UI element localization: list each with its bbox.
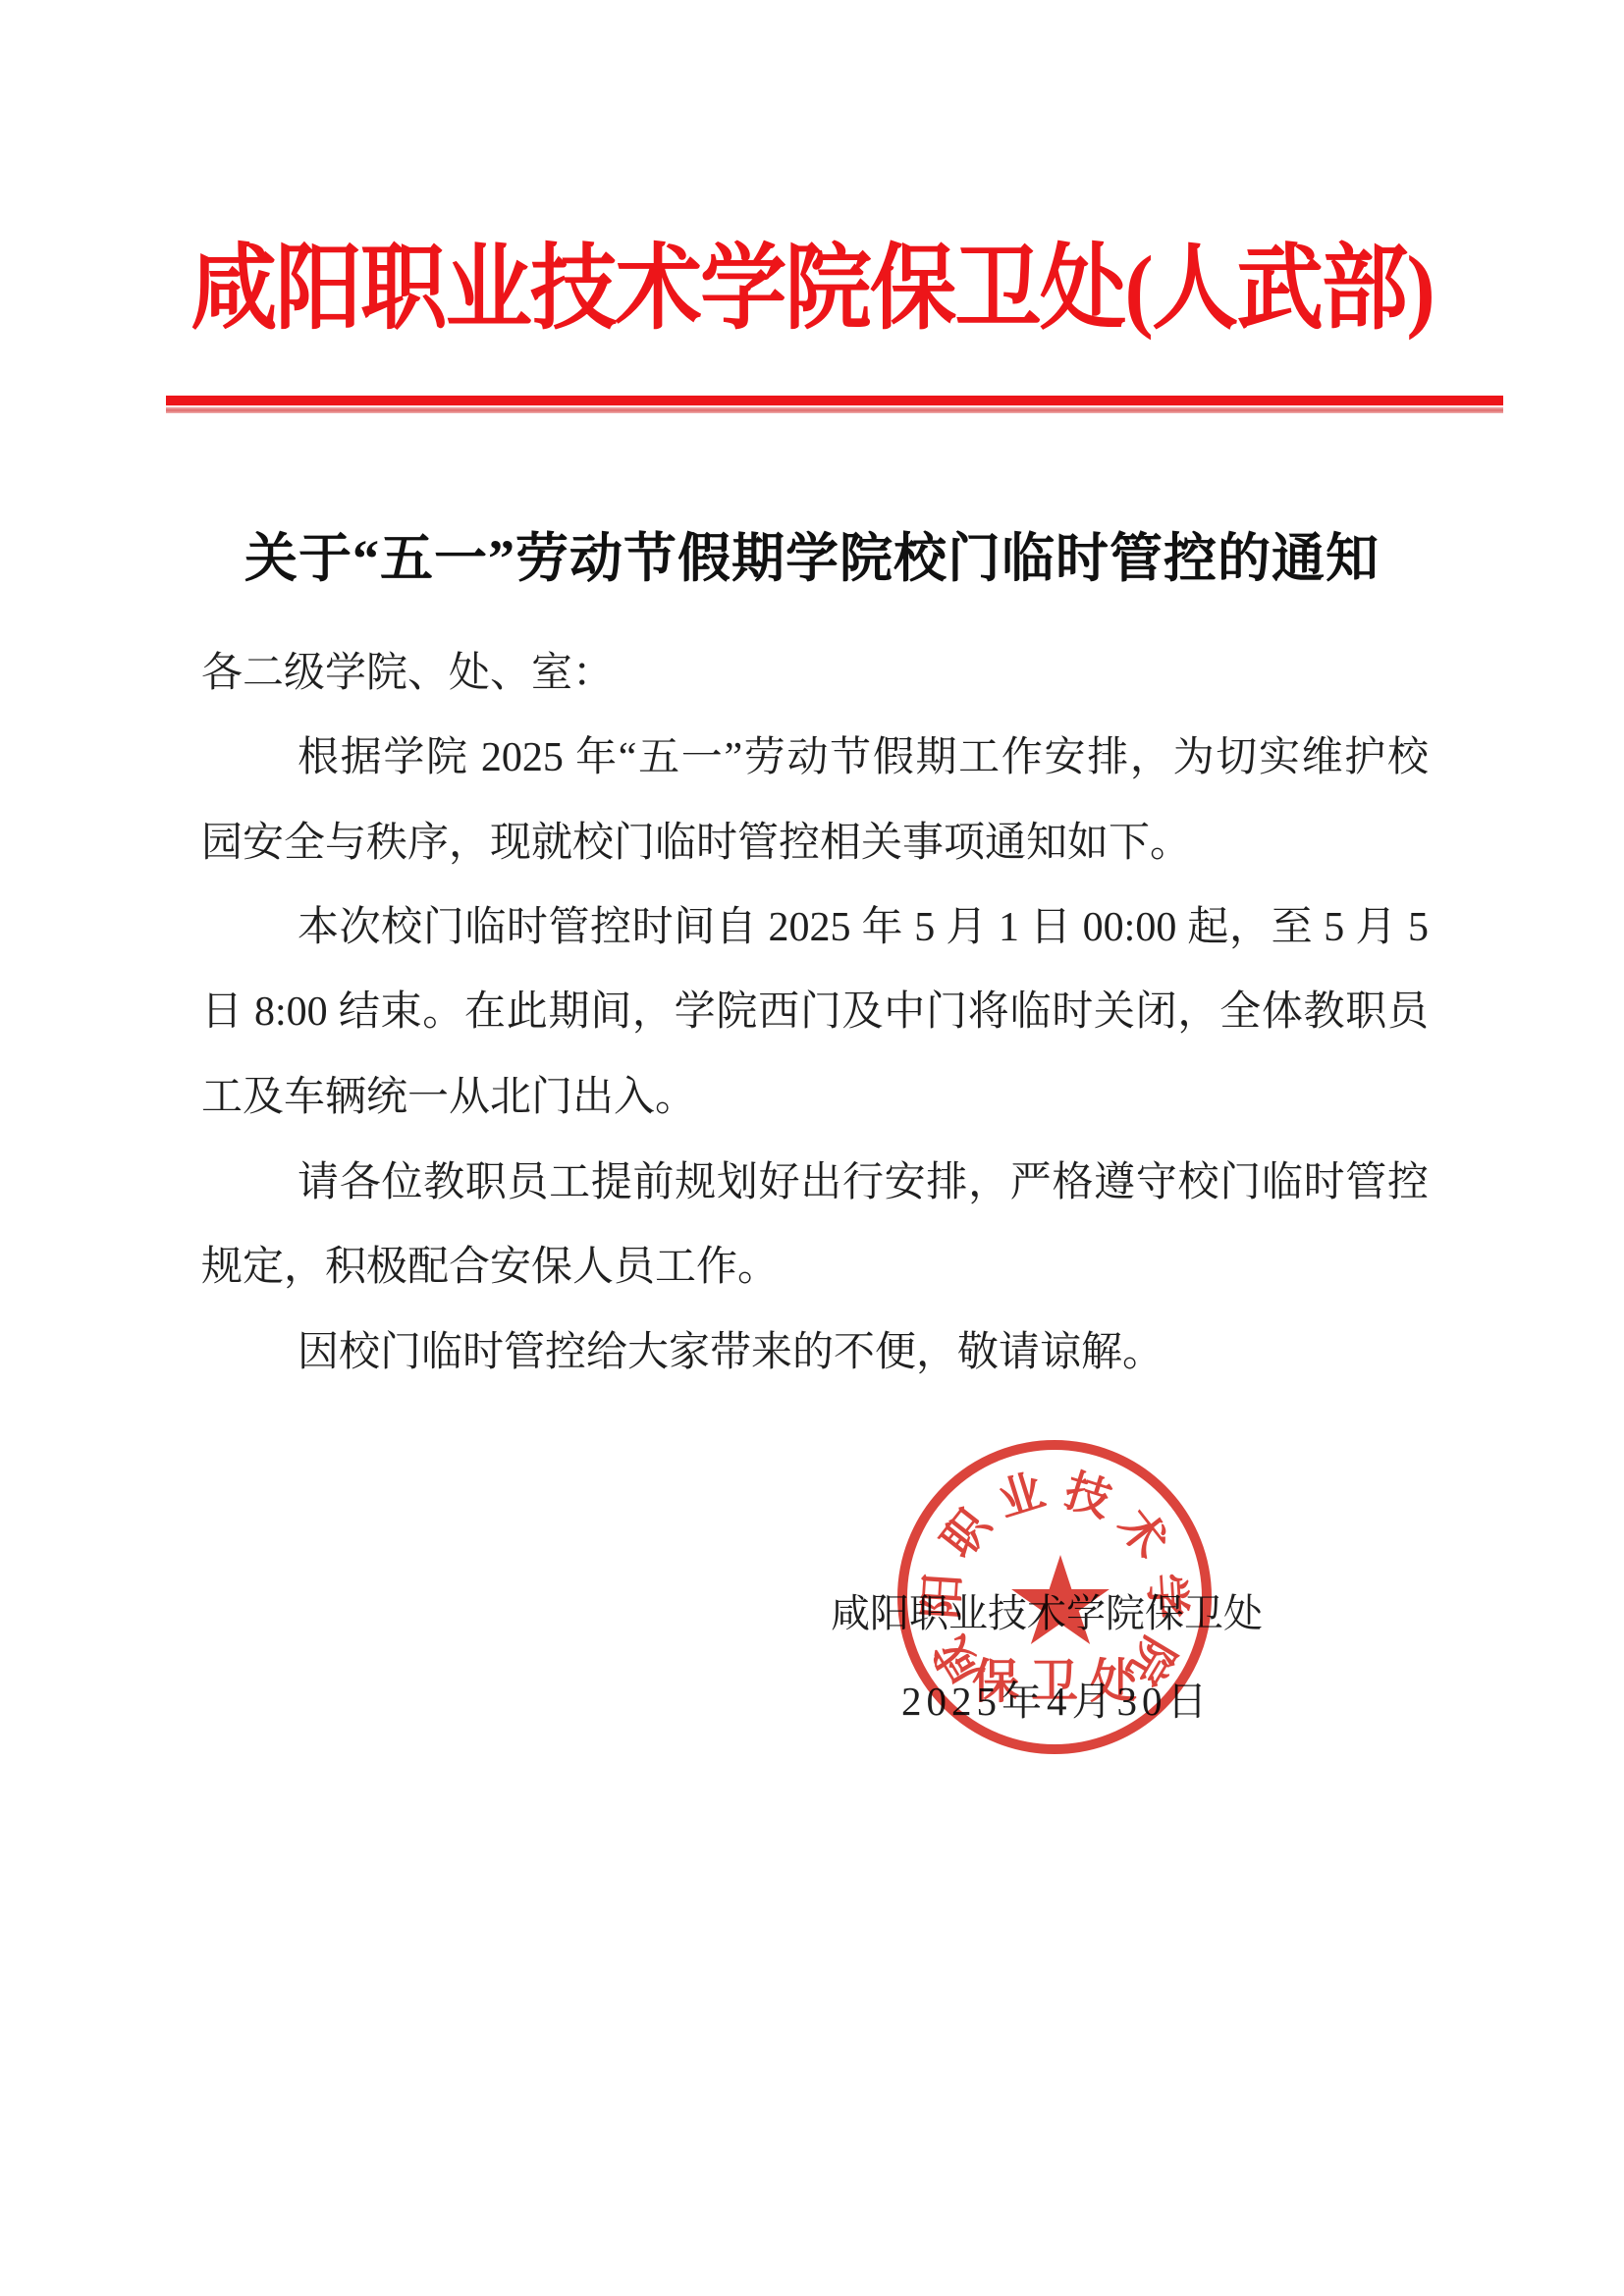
notice-title: 关于“五一”劳动节假期学院校门临时管控的通知 [198,526,1426,593]
body-line: 本次校门临时管控时间自 2025 年 5 月 1 日 00:00 起，至 5 月… [298,902,1429,953]
body-line: 规定，积极配合安保人员工作。 [201,1242,779,1293]
body-line: 日 8:00 结束。在此期间，学院西门及中门将临时关闭，全体教职员 [201,987,1429,1038]
body-line: 请各位教职员工提前规划好出行安排，严格遵守校门临时管控 [298,1157,1429,1208]
body-line: 根据学院 2025 年“五一”劳动节假期工作安排，为切实维护校 [298,732,1429,783]
notice-document-page: 咸阳职业技术学院保卫处(人武部) 关于“五一”劳动节假期学院校门临时管控的通知 … [0,0,1624,2296]
body-line: 园安全与秩序，现就校门临时管控相关事项通知如下。 [201,818,1191,869]
body-line: 因校门临时管控给大家带来的不便，敬请谅解。 [298,1327,1164,1378]
seal-arc-char: 学 [1142,1573,1190,1621]
letterhead-rule [166,396,1503,413]
body-line: 工及车辆统一从北门出入。 [201,1072,696,1123]
letterhead-rule-thin [166,407,1503,413]
official-seal: 咸 阳 职 业 技 术 学 院 保卫处 [897,1440,1212,1754]
seal-center-label: 保卫处 [897,1659,1212,1706]
seal-arc-char: 阳 [919,1573,967,1621]
salutation-line: 各二级学院、处、室： [201,648,614,699]
letterhead-title: 咸阳职业技术学院保卫处(人武部) [57,236,1567,343]
letterhead-rule-thick [166,396,1503,405]
